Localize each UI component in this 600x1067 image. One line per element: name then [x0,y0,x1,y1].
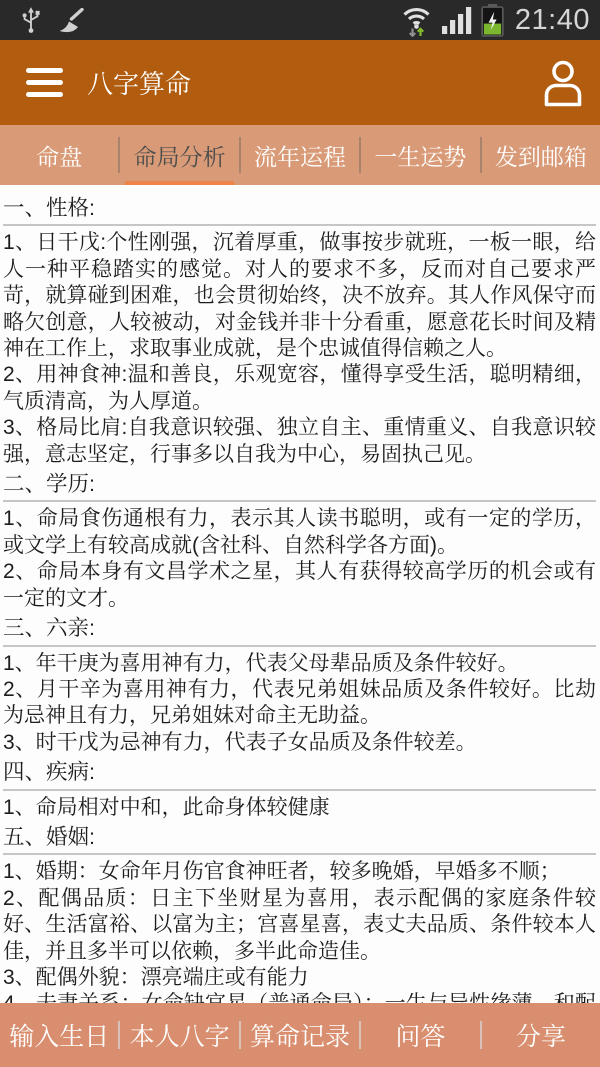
section-title: 五、婚姻: [3,824,596,850]
section-divider [3,789,596,791]
tab-yisheng-yunshi[interactable]: 一生运势 [361,125,479,185]
analysis-paragraph: 3、时干戊为忌神有力，代表子女品质及条件较差。 [3,730,596,756]
status-bar-left [20,6,85,34]
analysis-paragraph: 2、配偶品质：日主下坐财星为喜用，表示配偶的家庭条件较好、生活富裕、以富为主；宫… [3,886,596,965]
fortune-records-button[interactable]: 算命记录 [241,1017,359,1053]
analysis-paragraph: 1、年干庚为喜用神有力，代表父母辈品质及条件较好。 [3,651,596,677]
usb-icon [20,6,42,34]
section-divider [3,645,596,647]
section-divider [3,853,596,855]
bottom-bar: 输入生日本人八字算命记录问答分享 [0,1003,600,1067]
analysis-paragraph: 3、格局比肩:自我意识较强、独立自主、重情重义、自我意识较强，意志坚定，行事多以… [3,415,596,468]
analysis-paragraph: 3、配偶外貌：漂亮端庄或有能力 [3,965,596,991]
tab-liunian-yuncheng[interactable]: 流年运程 [241,125,359,185]
status-bar: 21:40 [0,0,600,40]
section-divider [3,224,596,226]
analysis-paragraph: 2、命局本身有文昌学术之星，其人有获得较高学历的机会或有一定的文才。 [3,559,596,612]
section-title: 一、性格: [3,195,596,221]
section-title: 二、学历: [3,471,596,497]
tab-label: 命局分析 [134,139,226,172]
tab-bar: 命盘命局分析流年运程一生运势发到邮箱 [0,125,600,185]
share-button[interactable]: 分享 [482,1017,600,1053]
battery-charging-icon [481,4,504,37]
analysis-paragraph: 4、夫妻关系：女命缺官星（普通命局）：一生与异性缘薄，和配偶缘薄。一般来说婚姻不… [3,991,596,1003]
profile-button[interactable] [542,59,584,107]
app-header: 八字算命 [0,40,600,125]
section-title: 三、六亲: [3,615,596,641]
analysis-paragraph: 1、婚期：女命年月伤官食神旺者，较多晚婚，早婚多不顺； [3,859,596,885]
app-title: 八字算命 [87,64,542,101]
signal-strength-icon [442,6,472,34]
analysis-paragraph: 2、月干辛为喜用神有力，代表兄弟姐妹品质及条件较好。比劫为忌神且有力，兄弟姐妹对… [3,677,596,730]
clean-master-icon [58,8,85,33]
tab-label: 命盘 [36,139,82,172]
status-bar-right: 21:40 [400,4,590,37]
tab-mingju-fenxi[interactable]: 命局分析 [120,125,238,185]
tab-mingpan[interactable]: 命盘 [0,125,118,185]
analysis-content[interactable]: 一、性格:1、日干戊:个性刚强，沉着厚重，做事按步就班，一板一眼，给人一种平稳踏… [0,185,600,1003]
analysis-paragraph: 2、用神食神:温和善良，乐观宽容，懂得享受生活，聪明精细，气质清高，为人厚道。 [3,362,596,415]
my-bazi-button[interactable]: 本人八字 [120,1017,238,1053]
analysis-paragraph: 1、命局相对中和，此命身体较健康 [3,795,596,821]
section-divider [3,500,596,502]
wifi-updown-icon [400,4,433,37]
status-time: 21:40 [515,4,590,37]
qa-button[interactable]: 问答 [361,1017,479,1053]
analysis-paragraph: 1、日干戊:个性刚强，沉着厚重，做事按步就班，一板一眼，给人一种平稳踏实的感觉。… [3,230,596,362]
tab-label: 一生运势 [374,139,466,172]
enter-birthday-button[interactable]: 输入生日 [0,1017,118,1053]
analysis-paragraph: 1、命局食伤通根有力，表示其人读书聪明，或有一定的学历，或文学上有较高成就(含社… [3,506,596,559]
tab-fadao-youxiang[interactable]: 发到邮箱 [482,125,600,185]
section-title: 四、疾病: [3,759,596,785]
profile-icon [542,59,584,107]
tab-label: 发到邮箱 [495,139,587,172]
tab-label: 流年运程 [254,139,346,172]
phone-screen: 21:40 八字算命 命盘命局分析流年运程一生运势发到邮箱 一、性格:1、日干戊… [0,0,600,1067]
menu-icon[interactable] [26,68,63,97]
